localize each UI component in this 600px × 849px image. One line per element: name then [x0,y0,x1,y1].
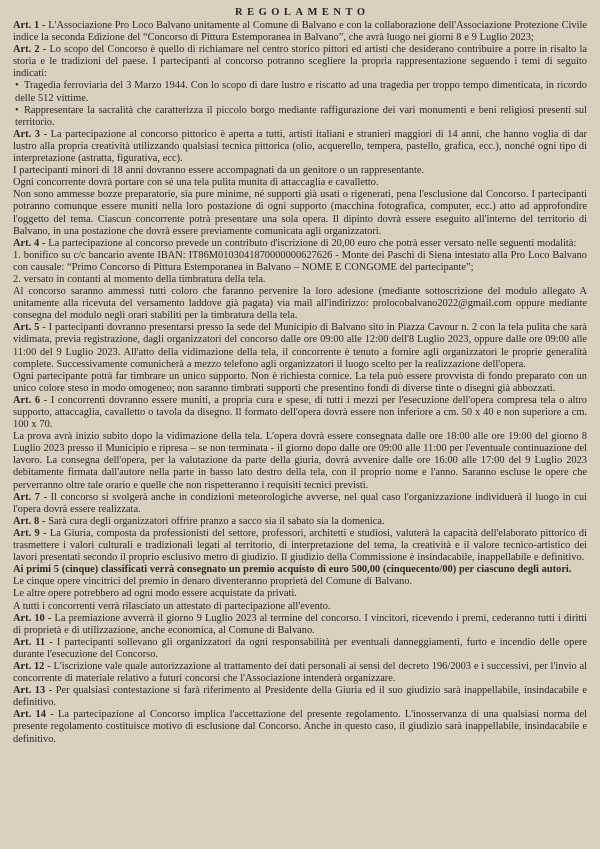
article-label: Art. 3 - [13,129,51,140]
article-paragraph: Art. 8 - Sarà cura degli organizzatori o… [13,516,587,528]
article-label: Art. 10 - [13,613,55,624]
article-paragraph: Art. 3 - La partecipazione al concorso p… [13,129,587,165]
article-label: Art. 13 - [13,685,56,696]
article-paragraph: Art. 13 - Per qualsiasi contestazione si… [13,685,587,709]
bullet-icon: • [15,80,24,92]
paragraph: Non sono ammesse bozze preparatorie, sia… [13,189,587,237]
article-label: Art. 6 - [13,395,51,406]
article-paragraph: Art. 12 - L'iscrizione vale quale autori… [13,661,587,685]
bullet-item: •Rappresentare la sacralità che caratter… [15,105,587,129]
article-paragraph: Art. 10 - La premiazione avverrà il gior… [13,613,587,637]
article-label: Art. 11 - [13,637,57,648]
paragraph: La prova avrà inizio subito dopo la vidi… [13,431,587,491]
paragraph: Al concorso saranno ammessi tutti coloro… [13,286,587,322]
article-label: Art. 2 - [13,44,49,55]
article-label: Art. 14 - [13,709,58,720]
document-title: REGOLAMENTO [13,6,587,19]
article-label: Art. 5 - [13,322,49,333]
article-label: Art. 7 - [13,492,51,503]
article-paragraph: Art. 1 - L'Associazione Pro Loco Balvano… [13,20,587,44]
paragraph: 1. bonifico su c/c bancario avente IBAN:… [13,250,587,274]
article-label: Art. 4 - [13,238,48,249]
bullet-item: •Tragedia ferroviaria del 3 Marzo 1944. … [15,80,587,104]
article-paragraph: Art. 5 - I partecipanti dovranno present… [13,322,587,370]
bullet-icon: • [15,105,24,117]
article-label: Art. 8 - [13,516,48,527]
paragraph: Ai primi 5 (cinque) classificati verrà c… [13,564,587,576]
article-paragraph: Art. 2 - Lo scopo del Concorso è quello … [13,44,587,80]
article-label: Art. 1 - [13,20,48,31]
paragraph: Ogni concorrente dovrà portare con sé un… [13,177,587,189]
paragraph: Le cinque opere vincitrici del premio in… [13,576,587,588]
article-paragraph: Art. 11 - I partecipanti sollevano gli o… [13,637,587,661]
article-paragraph: Art. 7 - Il concorso si svolgerà anche i… [13,492,587,516]
paragraph: Ogni partecipante potrà far timbrare un … [13,371,587,395]
regulation-document: REGOLAMENTO Art. 1 - L'Associazione Pro … [0,0,600,849]
paragraph: 2. versato in contanti al momento della … [13,274,587,286]
paragraph: I partecipanti minori di 18 anni dovrann… [13,165,587,177]
article-paragraph: Art. 9 - La Giuria, composta da professi… [13,528,587,564]
paragraph: Le altre opere potrebbero ad ogni modo e… [13,588,587,600]
article-paragraph: Art. 14 - La partecipazione al Concorso … [13,709,587,745]
article-paragraph: Art. 4 - La partecipazione al concorso p… [13,238,587,250]
article-label: Art. 9 - [13,528,50,539]
document-body: Art. 1 - L'Associazione Pro Loco Balvano… [13,20,587,746]
paragraph: A tutti i concorrenti verrà rilasciato u… [13,601,587,613]
article-paragraph: Art. 6 - I concorrenti dovranno essere m… [13,395,587,431]
article-label: Art. 12 - [13,661,53,672]
